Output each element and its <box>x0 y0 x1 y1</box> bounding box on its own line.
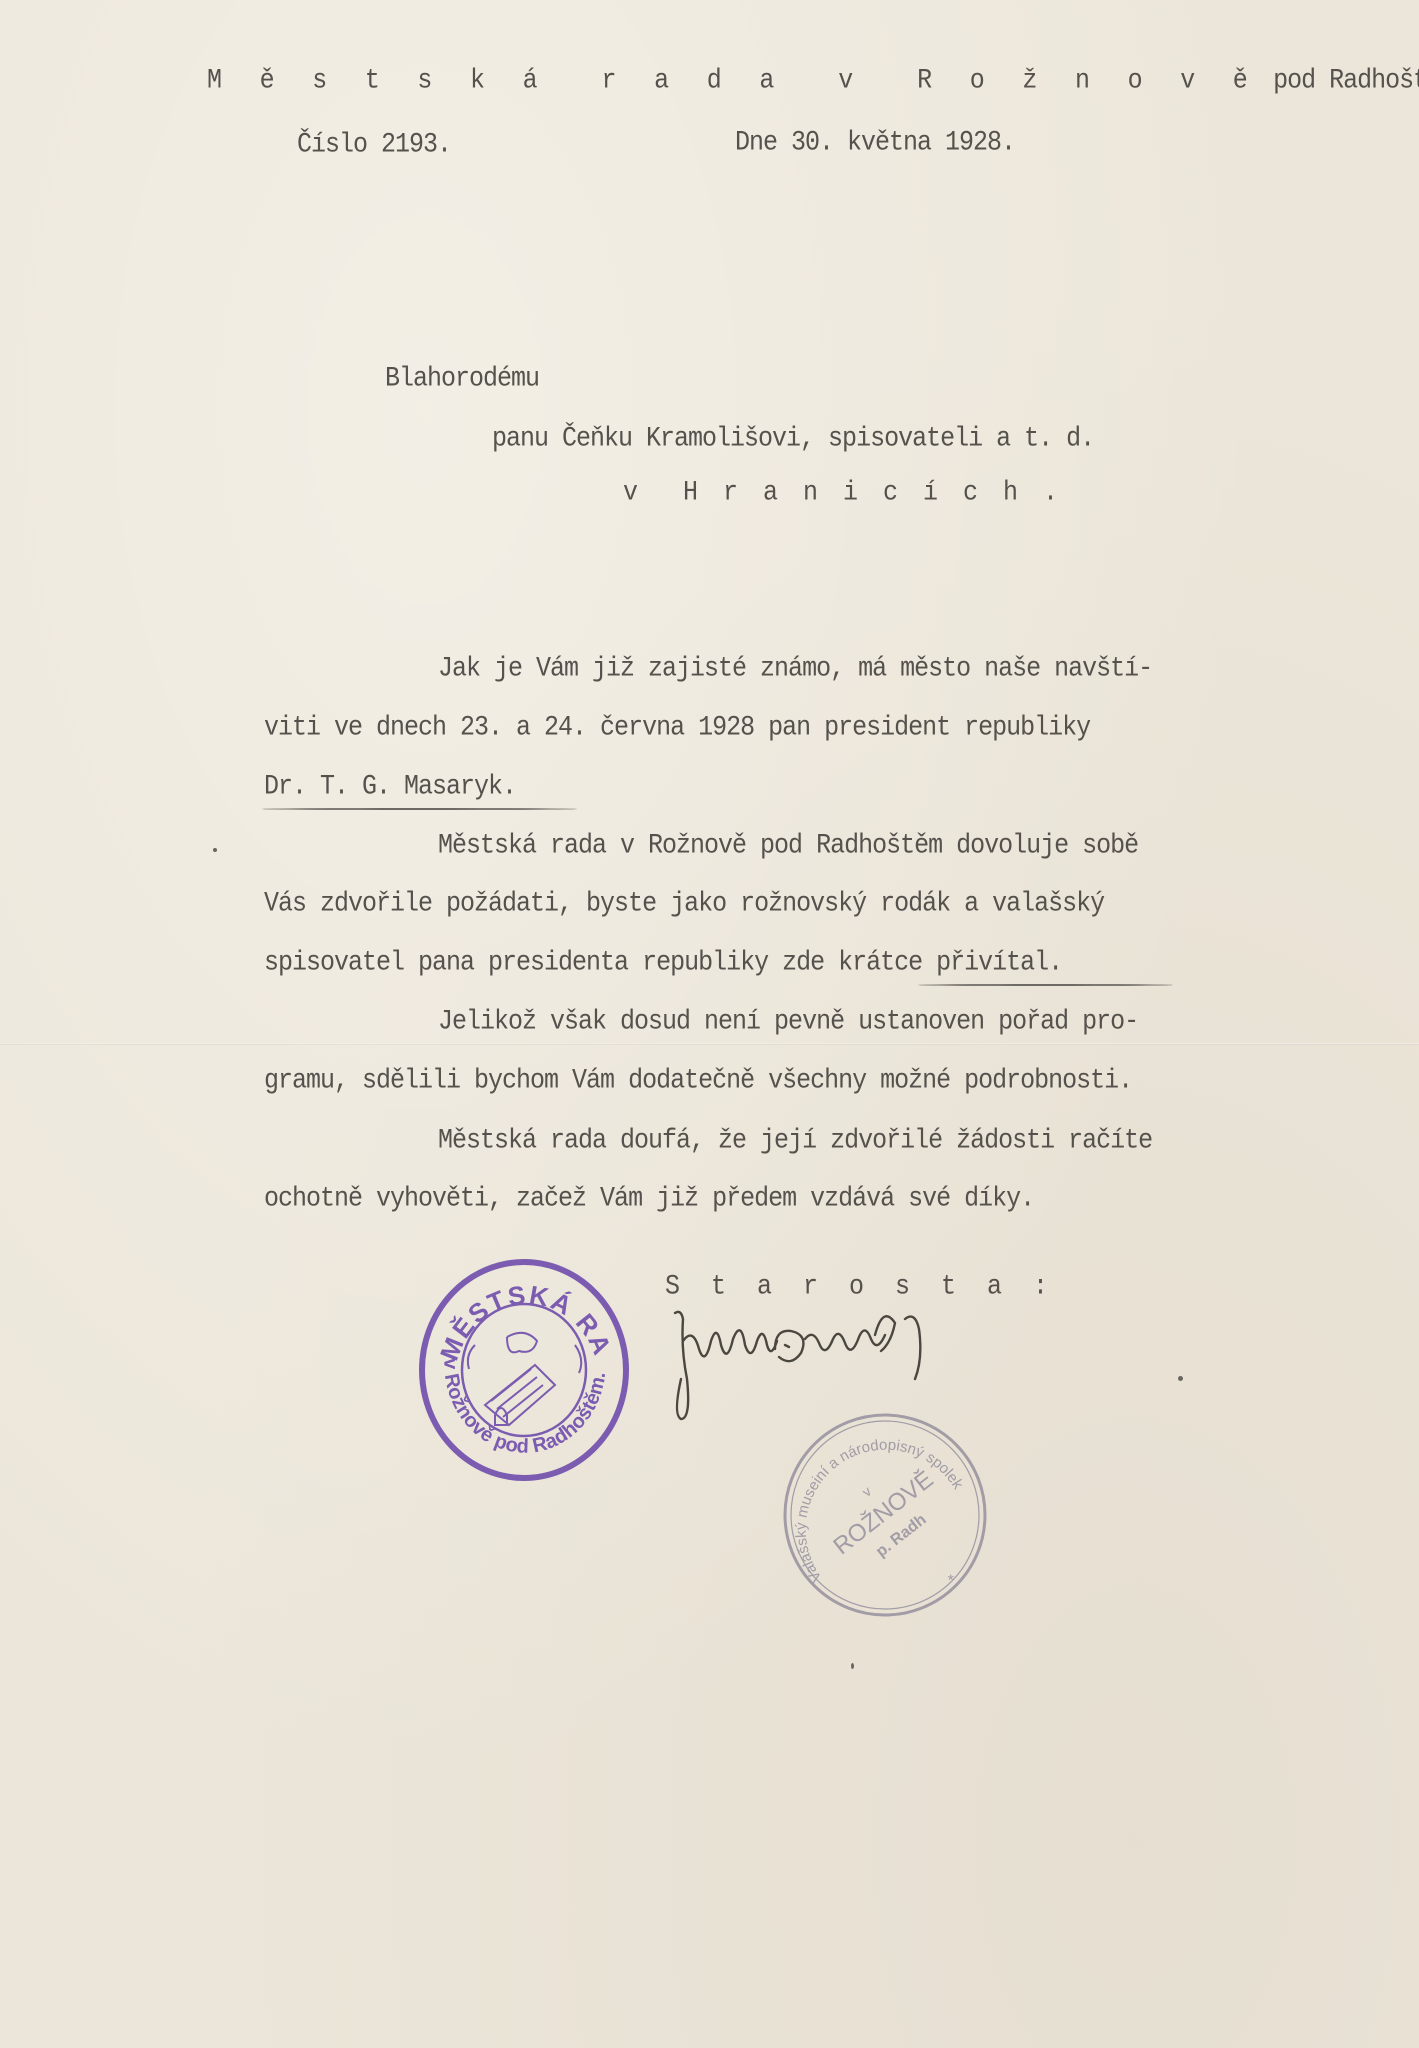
paper-fold-line <box>0 1043 1419 1045</box>
body-line-8: gramu, sdělili bychom Vám dodatečně všec… <box>264 1064 1132 1098</box>
letterhead-spaced: M ě s t s k á r a d a v R o ž n o v ě <box>207 64 1259 96</box>
body-line-5: Vás zdvořile požádati, byste jako rožnov… <box>264 887 1104 921</box>
body-line-3: Dr. T. G. Masaryk. <box>264 770 516 804</box>
addressee-salutation: Blahorodému <box>385 362 539 396</box>
museum-society-stamp: Valašský museiní a národopisný spolek v … <box>778 1408 993 1623</box>
body-line-1: Jak je Vám již zajisté známo, má město n… <box>438 652 1152 686</box>
ink-speck <box>213 848 217 852</box>
body-line-6: spisovatel pana presidenta republiky zde… <box>264 946 1062 980</box>
ink-speck <box>851 1663 854 1669</box>
body-line-4: Městská rada v Rožnově pod Radhoštěm dov… <box>438 829 1138 863</box>
body-line-9: Městská rada doufá, že její zdvořilé žád… <box>438 1124 1152 1158</box>
stamp-text-top: MĚSTSKÁ RADA <box>415 1255 618 1364</box>
body-line-7: Jelikož však dosud není pevně ustanoven … <box>438 1005 1138 1039</box>
body-line-10: ochotně vyhověti, začež Vám již předem v… <box>264 1182 1034 1216</box>
underline-privital <box>918 984 1173 986</box>
svg-text:MĚSTSKÁ RADA: MĚSTSKÁ RADA <box>415 1255 618 1364</box>
reference-number: Číslo 2193. <box>297 128 451 162</box>
letterhead-tail: pod Radhoštěm. <box>1273 64 1419 96</box>
museum-stamp-v: v <box>859 1483 874 1500</box>
underline-masaryk <box>262 808 577 810</box>
letterhead-institution: M ě s t s k á r a d a v R o ž n o v ě po… <box>207 64 1419 98</box>
body-line-2: viti ve dnech 23. a 24. června 1928 pan … <box>264 711 1090 745</box>
city-council-stamp: MĚSTSKÁ RADA v Rožnově pod Radhoštěm. <box>415 1255 633 1485</box>
signature-title: S t a r o s t a : <box>665 1270 1056 1304</box>
letter-date: Dne 30. května 1928. <box>735 126 1015 160</box>
ink-speck <box>1178 1376 1183 1381</box>
museum-stamp-star: * <box>946 1573 956 1591</box>
addressee-place: v H r a n i c í c h . <box>623 476 1063 510</box>
addressee-name: panu Čeňku Kramolišovi, spisovateli a t.… <box>492 422 1094 456</box>
